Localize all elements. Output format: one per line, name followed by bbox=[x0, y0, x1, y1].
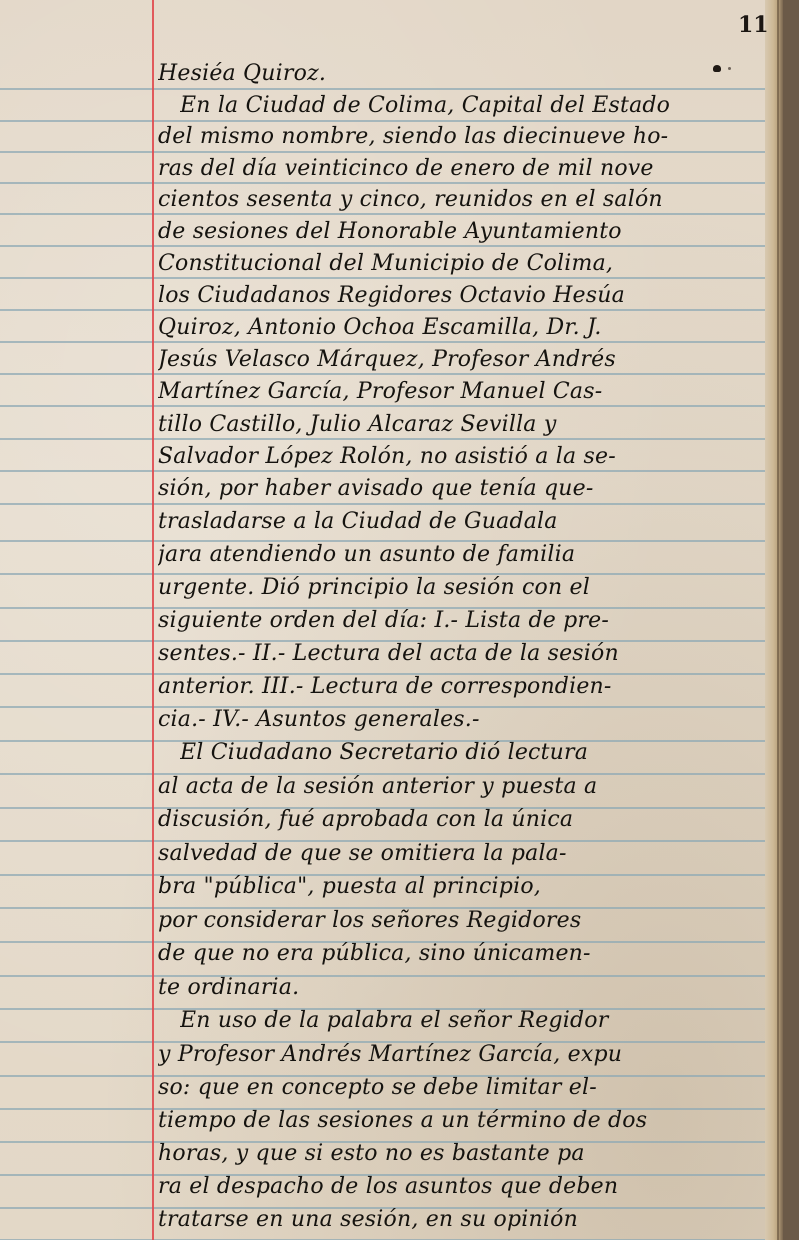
handwritten-line: Jesús Velasco Márquez, Profesor Andrés bbox=[158, 346, 773, 374]
red-margin-line bbox=[152, 0, 154, 1240]
handwritten-line: trasladarse a la Ciudad de Guadala bbox=[158, 508, 773, 536]
notebook-page: 11 Hesiéa Quiroz. En la Ciudad de Colima… bbox=[0, 0, 783, 1240]
page-number: 11 bbox=[738, 12, 769, 38]
handwritten-line: ras del día veinticinco de enero de mil … bbox=[158, 155, 773, 183]
handwritten-line: Hesiéa Quiroz. bbox=[158, 60, 773, 88]
handwritten-line: bra "pública", puesta al principio, bbox=[158, 873, 773, 901]
handwritten-line: sentes.- II.- Lectura del acta de la ses… bbox=[158, 640, 773, 668]
handwritten-line: cientos sesenta y cinco, reunidos en el … bbox=[158, 186, 773, 214]
handwritten-line: al acta de la sesión anterior y puesta a bbox=[158, 773, 773, 801]
handwritten-line: por considerar los señores Regidores bbox=[158, 907, 773, 935]
handwritten-line: Quiroz, Antonio Ochoa Escamilla, Dr. J. bbox=[158, 314, 773, 342]
handwritten-line: En la Ciudad de Colima, Capital del Esta… bbox=[180, 92, 783, 120]
handwritten-line: anterior. III.- Lectura de correspondien… bbox=[158, 673, 773, 701]
handwritten-line: Salvador López Rolón, no asistió a la se… bbox=[158, 443, 773, 471]
handwritten-line: so: que en concepto se debe limitar el- bbox=[158, 1074, 773, 1102]
handwritten-line: salvedad de que se omitiera la pala- bbox=[158, 840, 773, 868]
handwritten-line: de que no era pública, sino únicamen- bbox=[158, 940, 773, 968]
ruled-line bbox=[0, 88, 783, 90]
ruled-line bbox=[0, 151, 783, 153]
handwritten-line: Constitucional del Municipio de Colima, bbox=[158, 250, 773, 278]
ruled-line bbox=[0, 503, 783, 505]
handwritten-line: tratarse en una sesión, en su opinión bbox=[158, 1206, 773, 1234]
handwritten-line: ra el despacho de los asuntos que deben bbox=[158, 1173, 773, 1201]
handwritten-line: y Profesor Andrés Martínez García, expu bbox=[158, 1041, 773, 1069]
handwritten-line: jara atendiendo un asunto de familia bbox=[158, 541, 773, 569]
handwritten-line: cia.- IV.- Asuntos generales.- bbox=[158, 706, 773, 734]
handwritten-line: tillo Castillo, Julio Alcaraz Sevilla y bbox=[158, 411, 773, 439]
page-edge-shadow bbox=[777, 0, 779, 1240]
handwritten-line: horas, y que si esto no es bastante pa bbox=[158, 1140, 773, 1168]
handwritten-line: discusión, fué aprobada con la única bbox=[158, 806, 773, 834]
handwritten-line: urgente. Dió principio la sesión con el bbox=[158, 574, 773, 602]
ruled-line bbox=[0, 120, 783, 122]
handwritten-line: Martínez García, Profesor Manuel Cas- bbox=[158, 378, 773, 406]
handwritten-line: de sesiones del Honorable Ayuntamiento bbox=[158, 218, 773, 246]
handwritten-line: sión, por haber avisado que tenía que- bbox=[158, 475, 773, 503]
handwritten-line: El Ciudadano Secretario dió lectura bbox=[180, 739, 783, 767]
handwritten-line: te ordinaria. bbox=[158, 974, 773, 1002]
handwritten-line: del mismo nombre, siendo las diecinueve … bbox=[158, 123, 773, 151]
handwritten-line: siguiente orden del día: I.- Lista de pr… bbox=[158, 607, 773, 635]
handwritten-line: tiempo de las sesiones a un término de d… bbox=[158, 1107, 773, 1135]
handwritten-line: los Ciudadanos Regidores Octavio Hesúa bbox=[158, 282, 773, 310]
handwritten-line: En uso de la palabra el señor Regidor bbox=[180, 1007, 783, 1035]
